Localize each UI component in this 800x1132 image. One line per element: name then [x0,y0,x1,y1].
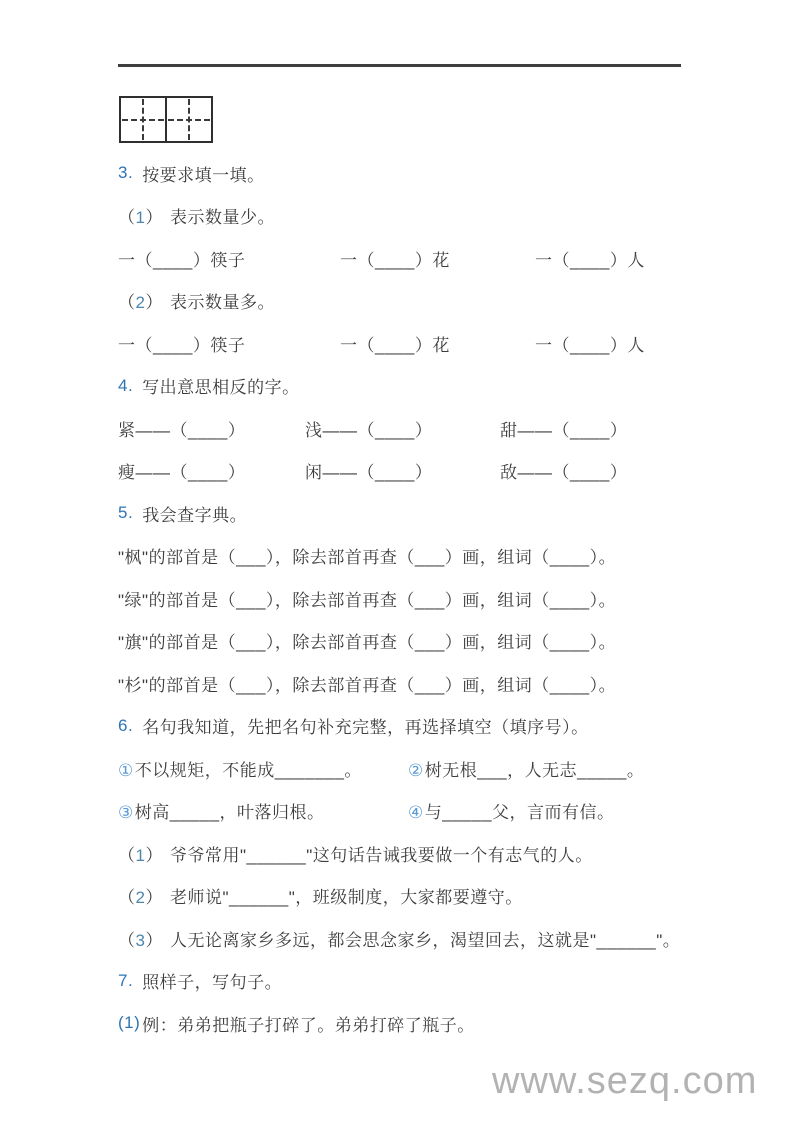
quote-text: 树高_____，叶落归根。 [135,803,325,822]
question-6-number: 6. [118,716,133,736]
q6-clause-row-1: ①不以规矩，不能成_______。 ②树无根___，人无志_____。 [118,747,688,790]
famous-quote-item: ①不以规矩，不能成_______。 [118,756,408,781]
fill-blank-item: 一（____）人 [535,246,645,271]
writing-grid-cell [165,96,213,143]
circled-number: ④ [408,803,424,822]
dictionary-line: "枫"的部首是（___），除去部首再查（___）画，组词（____）。 [118,543,616,568]
q5-line-4: "杉"的部首是（___），除去部首再查（___）画，组词（____）。 [118,662,688,705]
antonym-item: 闲——（____） [305,458,500,483]
question-4-title-text: 写出意思相反的字。 [142,373,300,398]
antonym-item: 紧——（____） [118,416,305,441]
q7-example-number: (1) [118,1013,140,1033]
paren-open: （ [118,888,136,907]
top-divider [118,64,681,67]
q6-part2-text: 老师说"______"，班级制度，大家都要遵守。 [170,883,523,908]
fill-blank-item: 一（____）花 [340,331,535,356]
antonym-item: 甜——（____） [500,416,627,441]
famous-quote-item: ②树无根___，人无志_____。 [408,756,644,781]
famous-quote-item: ③树高_____，叶落归根。 [118,798,408,823]
worksheet-page: 3. 按要求填一填。 （1） 表示数量少。 一（____）筷子 一（____）花… [0,0,800,1132]
antonym-item: 敌——（____） [500,458,627,483]
question-5-title-text: 我会查字典。 [142,501,247,526]
famous-quote-item: ④与_____父，言而有信。 [408,798,615,823]
paren-close: ） [145,208,163,227]
q3-part1-number: （1） [118,203,163,228]
antonym-item: 瘦——（____） [118,458,305,483]
question-3-number: 3. [118,163,133,183]
q5-line-1: "枫"的部首是（___），除去部首再查（___）画，组词（____）。 [118,535,688,578]
q3-part1-label: （1） 表示数量少。 [118,195,688,238]
q5-line-2: "绿"的部首是（___），除去部首再查（___）画，组词（____）。 [118,577,688,620]
site-watermark: www.sezq.com [492,1060,757,1103]
paren-close: ） [145,846,163,865]
paren-open: （ [118,293,136,312]
part-digit: 1 [136,846,146,865]
circled-number: ③ [118,803,134,822]
q7-example: (1) 例：弟弟把瓶子打碎了。弟弟打碎了瓶子。 [118,1002,688,1045]
quote-text: 与_____父，言而有信。 [425,803,615,822]
q6-part-3: （3） 人无论离家乡多远，都会思念家乡，渴望回去，这就是"______"。 [118,917,688,960]
question-5-title: 5. 我会查字典。 [118,492,688,535]
circled-number: ① [118,761,134,780]
fill-blank-item: 一（____）人 [535,331,645,356]
antonym-item: 浅——（____） [305,416,500,441]
dictionary-line: "绿"的部首是（___），除去部首再查（___）画，组词（____）。 [118,586,616,611]
worksheet-content: 3. 按要求填一填。 （1） 表示数量少。 一（____）筷子 一（____）花… [118,152,688,1045]
quote-text: 不以规矩，不能成_______。 [135,761,362,780]
question-4-title: 4. 写出意思相反的字。 [118,365,688,408]
question-7-title-text: 照样子，写句子。 [142,968,282,993]
part-digit: 2 [136,888,146,907]
part-digit: 3 [136,931,146,950]
q5-line-3: "旗"的部首是（___），除去部首再查（___）画，组词（____）。 [118,620,688,663]
paren-open: （ [118,208,136,227]
question-7-title: 7. 照样子，写句子。 [118,960,688,1003]
q6-part3-number: （3） [118,926,163,951]
q7-example-text: 例：弟弟把瓶子打碎了。弟弟打碎了瓶子。 [142,1011,475,1036]
q6-part3-text: 人无论离家乡多远，都会思念家乡，渴望回去，这就是"______"。 [170,926,680,951]
q4-row-2: 瘦——（____） 闲——（____） 敌——（____） [118,450,688,493]
part-digit: 2 [136,293,146,312]
question-3-title: 3. 按要求填一填。 [118,152,688,195]
q3-part1-items: 一（____）筷子 一（____）花 一（____）人 [118,237,688,280]
q4-row-1: 紧——（____） 浅——（____） 甜——（____） [118,407,688,450]
q3-part1-text: 表示数量少。 [170,203,275,228]
q6-part-2: （2） 老师说"______"，班级制度，大家都要遵守。 [118,875,688,918]
q3-part2-items: 一（____）筷子 一（____）花 一（____）人 [118,322,688,365]
paren-close: ） [145,293,163,312]
q3-part2-number: （2） [118,288,163,313]
q6-clause-row-2: ③树高_____，叶落归根。 ④与_____父，言而有信。 [118,790,688,833]
question-7-number: 7. [118,971,133,991]
question-3-title-text: 按要求填一填。 [142,161,265,186]
paren-open: （ [118,846,136,865]
dictionary-line: "旗"的部首是（___），除去部首再查（___）画，组词（____）。 [118,628,616,653]
q6-part1-number: （1） [118,841,163,866]
fill-blank-item: 一（____）筷子 [118,331,340,356]
writing-grid-cell [119,96,167,143]
question-6-title-text: 名句我知道，先把名句补充完整，再选择填空（填序号）。 [142,713,589,738]
quote-text: 树无根___，人无志_____。 [425,761,645,780]
character-writing-grid [119,96,213,143]
q6-part1-text: 爷爷常用"______"这句话告诫我要做一个有志气的人。 [170,841,593,866]
circled-number: ② [408,761,424,780]
paren-close: ） [145,931,163,950]
question-5-number: 5. [118,503,133,523]
q6-part-1: （1） 爷爷常用"______"这句话告诫我要做一个有志气的人。 [118,832,688,875]
question-4-number: 4. [118,376,133,396]
q3-part2-label: （2） 表示数量多。 [118,280,688,323]
paren-close: ） [145,888,163,907]
q3-part2-text: 表示数量多。 [170,288,275,313]
dictionary-line: "杉"的部首是（___），除去部首再查（___）画，组词（____）。 [118,671,616,696]
part-digit: 1 [136,208,146,227]
q6-part2-number: （2） [118,883,163,908]
paren-open: （ [118,931,136,950]
fill-blank-item: 一（____）花 [340,246,535,271]
fill-blank-item: 一（____）筷子 [118,246,340,271]
question-6-title: 6. 名句我知道，先把名句补充完整，再选择填空（填序号）。 [118,705,688,748]
